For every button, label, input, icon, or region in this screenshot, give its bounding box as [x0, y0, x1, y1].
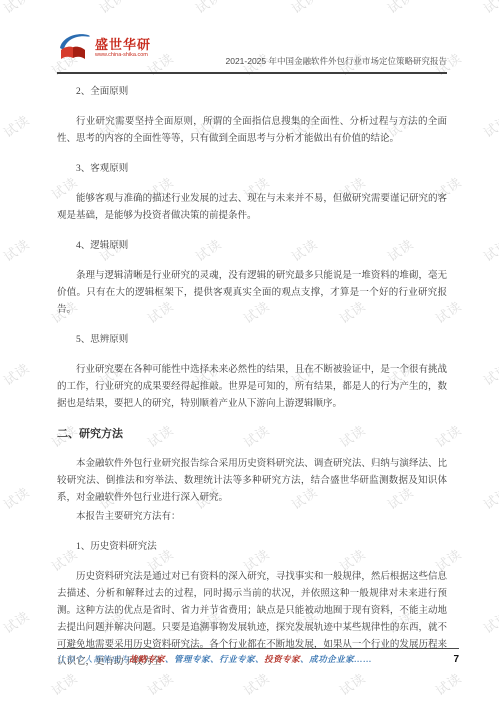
paragraph: 本报告主要研究方法有：: [57, 509, 447, 526]
slogan-segment: 战略专家: [129, 654, 165, 664]
slogan-segment: 成功企业家……: [309, 654, 372, 664]
slogan-segment: 、: [300, 654, 309, 664]
brand-logo-icon: [57, 31, 91, 66]
watermark-text: 试读: [287, 0, 321, 17]
watermark-text: 试读: [0, 606, 33, 638]
brand-name: 盛世华研: [95, 38, 151, 51]
section-heading: 二、研究方法: [57, 426, 447, 443]
slogan-segment: 行业专家: [219, 654, 255, 664]
watermark-text: 试读: [383, 0, 417, 17]
paragraph: 条理与逻辑清晰是行业研究的灵魂，没有逻辑的研究最多只能说是一堆资料的堆砌，毫无价…: [57, 268, 447, 319]
watermark-text: 试读: [0, 110, 33, 142]
watermark-text: 试读: [0, 482, 33, 514]
watermark-text: 试读: [479, 234, 499, 266]
brand-url: www.china-shika.com: [95, 53, 151, 59]
watermark-text: 试读: [0, 0, 33, 17]
paragraph: 能够客观与准确的描述行业发展的过去、现在与未来并不易，但做研究需要谨记研究的客观…: [57, 191, 447, 225]
document-page: 试读试读试读试读试读试读试读试读试读试读试读试读试读试读试读试读试读试读试读试读…: [0, 0, 499, 706]
slogan-segment: 投资专家: [264, 654, 300, 664]
watermark-text: 试读: [191, 0, 225, 17]
watermark-text: 试读: [95, 0, 129, 17]
watermark-text: 试读: [479, 110, 499, 142]
document-body: 2、全面原则行业研究需要坚持全面原则，所谓的全面指信息搜集的全面性、分析过程与方…: [57, 84, 447, 684]
paragraph: 行业研究要在各种可能性中选择未来必然性的结果，且在不断被验证中，是一个很有挑战的…: [57, 362, 447, 413]
list-item-heading: 2、全面原则: [57, 84, 447, 101]
list-item-heading: 5、思辨原则: [57, 332, 447, 349]
page-number: 7: [453, 654, 459, 665]
watermark-text: 试读: [479, 358, 499, 390]
list-item-heading: 1、历史资料研究法: [57, 539, 447, 556]
report-title: 2021-2025 年中国金融软件外包行业市场定位策略研究报告: [225, 55, 447, 67]
watermark-text: 试读: [479, 482, 499, 514]
page-footer: 让每个人都能成为战略专家、管理专家、行业专家、投资专家、成功企业家…… 7: [57, 648, 459, 665]
slogan-segment: 、: [165, 654, 174, 664]
paragraph: 行业研究需要坚持全面原则，所谓的全面指信息搜集的全面性、分析过程与方法的全面性、…: [57, 114, 447, 148]
watermark-text: 试读: [0, 234, 33, 266]
watermark-text: 试读: [479, 0, 499, 17]
list-item-heading: 3、客观原则: [57, 161, 447, 178]
slogan-segment: 管理专家: [174, 654, 210, 664]
paragraph: 本金融软件外包行业研究报告综合采用历史资料研究法、调查研究法、归纳与演绎法、比较…: [57, 456, 447, 507]
page-header: 盛世华研 www.china-shika.com 2021-2025 年中国金融…: [57, 26, 447, 74]
slogan-segment: 、: [210, 654, 219, 664]
watermark-text: 试读: [479, 606, 499, 638]
slogan-segment: 让每个人都能成为: [57, 654, 129, 664]
list-item-heading: 4、逻辑原则: [57, 238, 447, 255]
watermark-text: 试读: [0, 358, 33, 390]
brand-logo: 盛世华研 www.china-shika.com: [57, 31, 151, 66]
footer-slogan: 让每个人都能成为战略专家、管理专家、行业专家、投资专家、成功企业家……: [57, 654, 372, 664]
slogan-segment: 、: [255, 654, 264, 664]
